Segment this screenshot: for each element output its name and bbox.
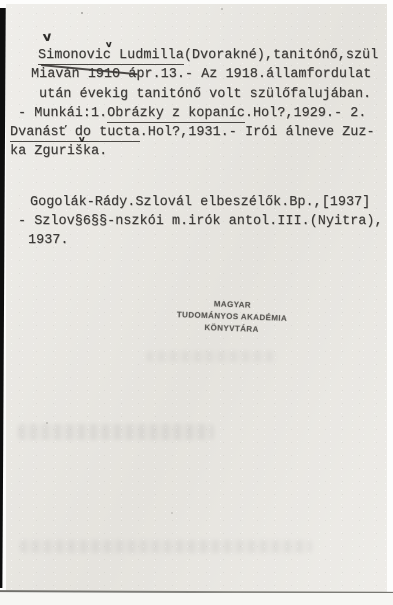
scan-background-bottom [0, 593, 393, 605]
entry-line-2-rest: ápr.13.- Az 1918.államfordulat [120, 67, 371, 82]
scanned-card-page: v v v Simonovic Ludmilla(Dvorakné),tanit… [0, 0, 393, 605]
ghost-text-band [20, 540, 312, 553]
ghost-text-band [146, 351, 278, 362]
ghost-text-band [18, 424, 214, 440]
catalog-card: v v v Simonovic Ludmilla(Dvorakné),tanit… [6, 4, 387, 592]
author-name: Simonovic Ludmilla [38, 48, 184, 65]
reference-line-1: Gogolák-Rády.Szlovál elbeszélők.Bp.,[193… [30, 195, 370, 210]
entry-line-2: Miaván 1910 ápr.13.- Az 1918.államfordul… [31, 67, 371, 82]
handwritten-caron-mark: v [42, 30, 52, 46]
entry-line-5: Dvanásť do tucta.Hol?,1931.- Irói álneve… [10, 125, 375, 140]
entry-line-6: ka Zguriška. [10, 144, 107, 159]
entry-line-4-rest: .Hol?,1929.- 2. [245, 106, 367, 121]
entry-line-3: után évekig tanitónő volt szülőfalujában… [39, 87, 371, 102]
reference-line-3: 1937. [28, 233, 69, 248]
library-stamp: MAGYAR TUDOMÁNYOS AKADÉMIA KÖNYVTÁRA [175, 297, 288, 337]
reference-line-2: - Szlov§6§§-nszkói m.irók antol.III.(Nyi… [18, 214, 383, 229]
entry-line-1-rest: (Dvorakné),tanitónő,szül [184, 48, 378, 63]
entry-line-4: - Munkái:1.Obrázky z kopaníc.Hol?,1929.-… [18, 106, 366, 121]
birth-place-date: Miaván 1910 [31, 67, 120, 82]
work-title-2: Dvanásť do tucta [10, 125, 140, 142]
paper-speck [81, 12, 83, 14]
entry-line-4-pre: - Munkái:1. [18, 106, 107, 121]
entry-line-1: Simonovic Ludmilla(Dvorakné),tanitónő,sz… [38, 48, 378, 63]
entry-line-5-rest: .Hol?,1931.- Irói álneve Zuz- [140, 125, 375, 140]
work-title-1: Obrázky z kopaníc [107, 106, 245, 123]
